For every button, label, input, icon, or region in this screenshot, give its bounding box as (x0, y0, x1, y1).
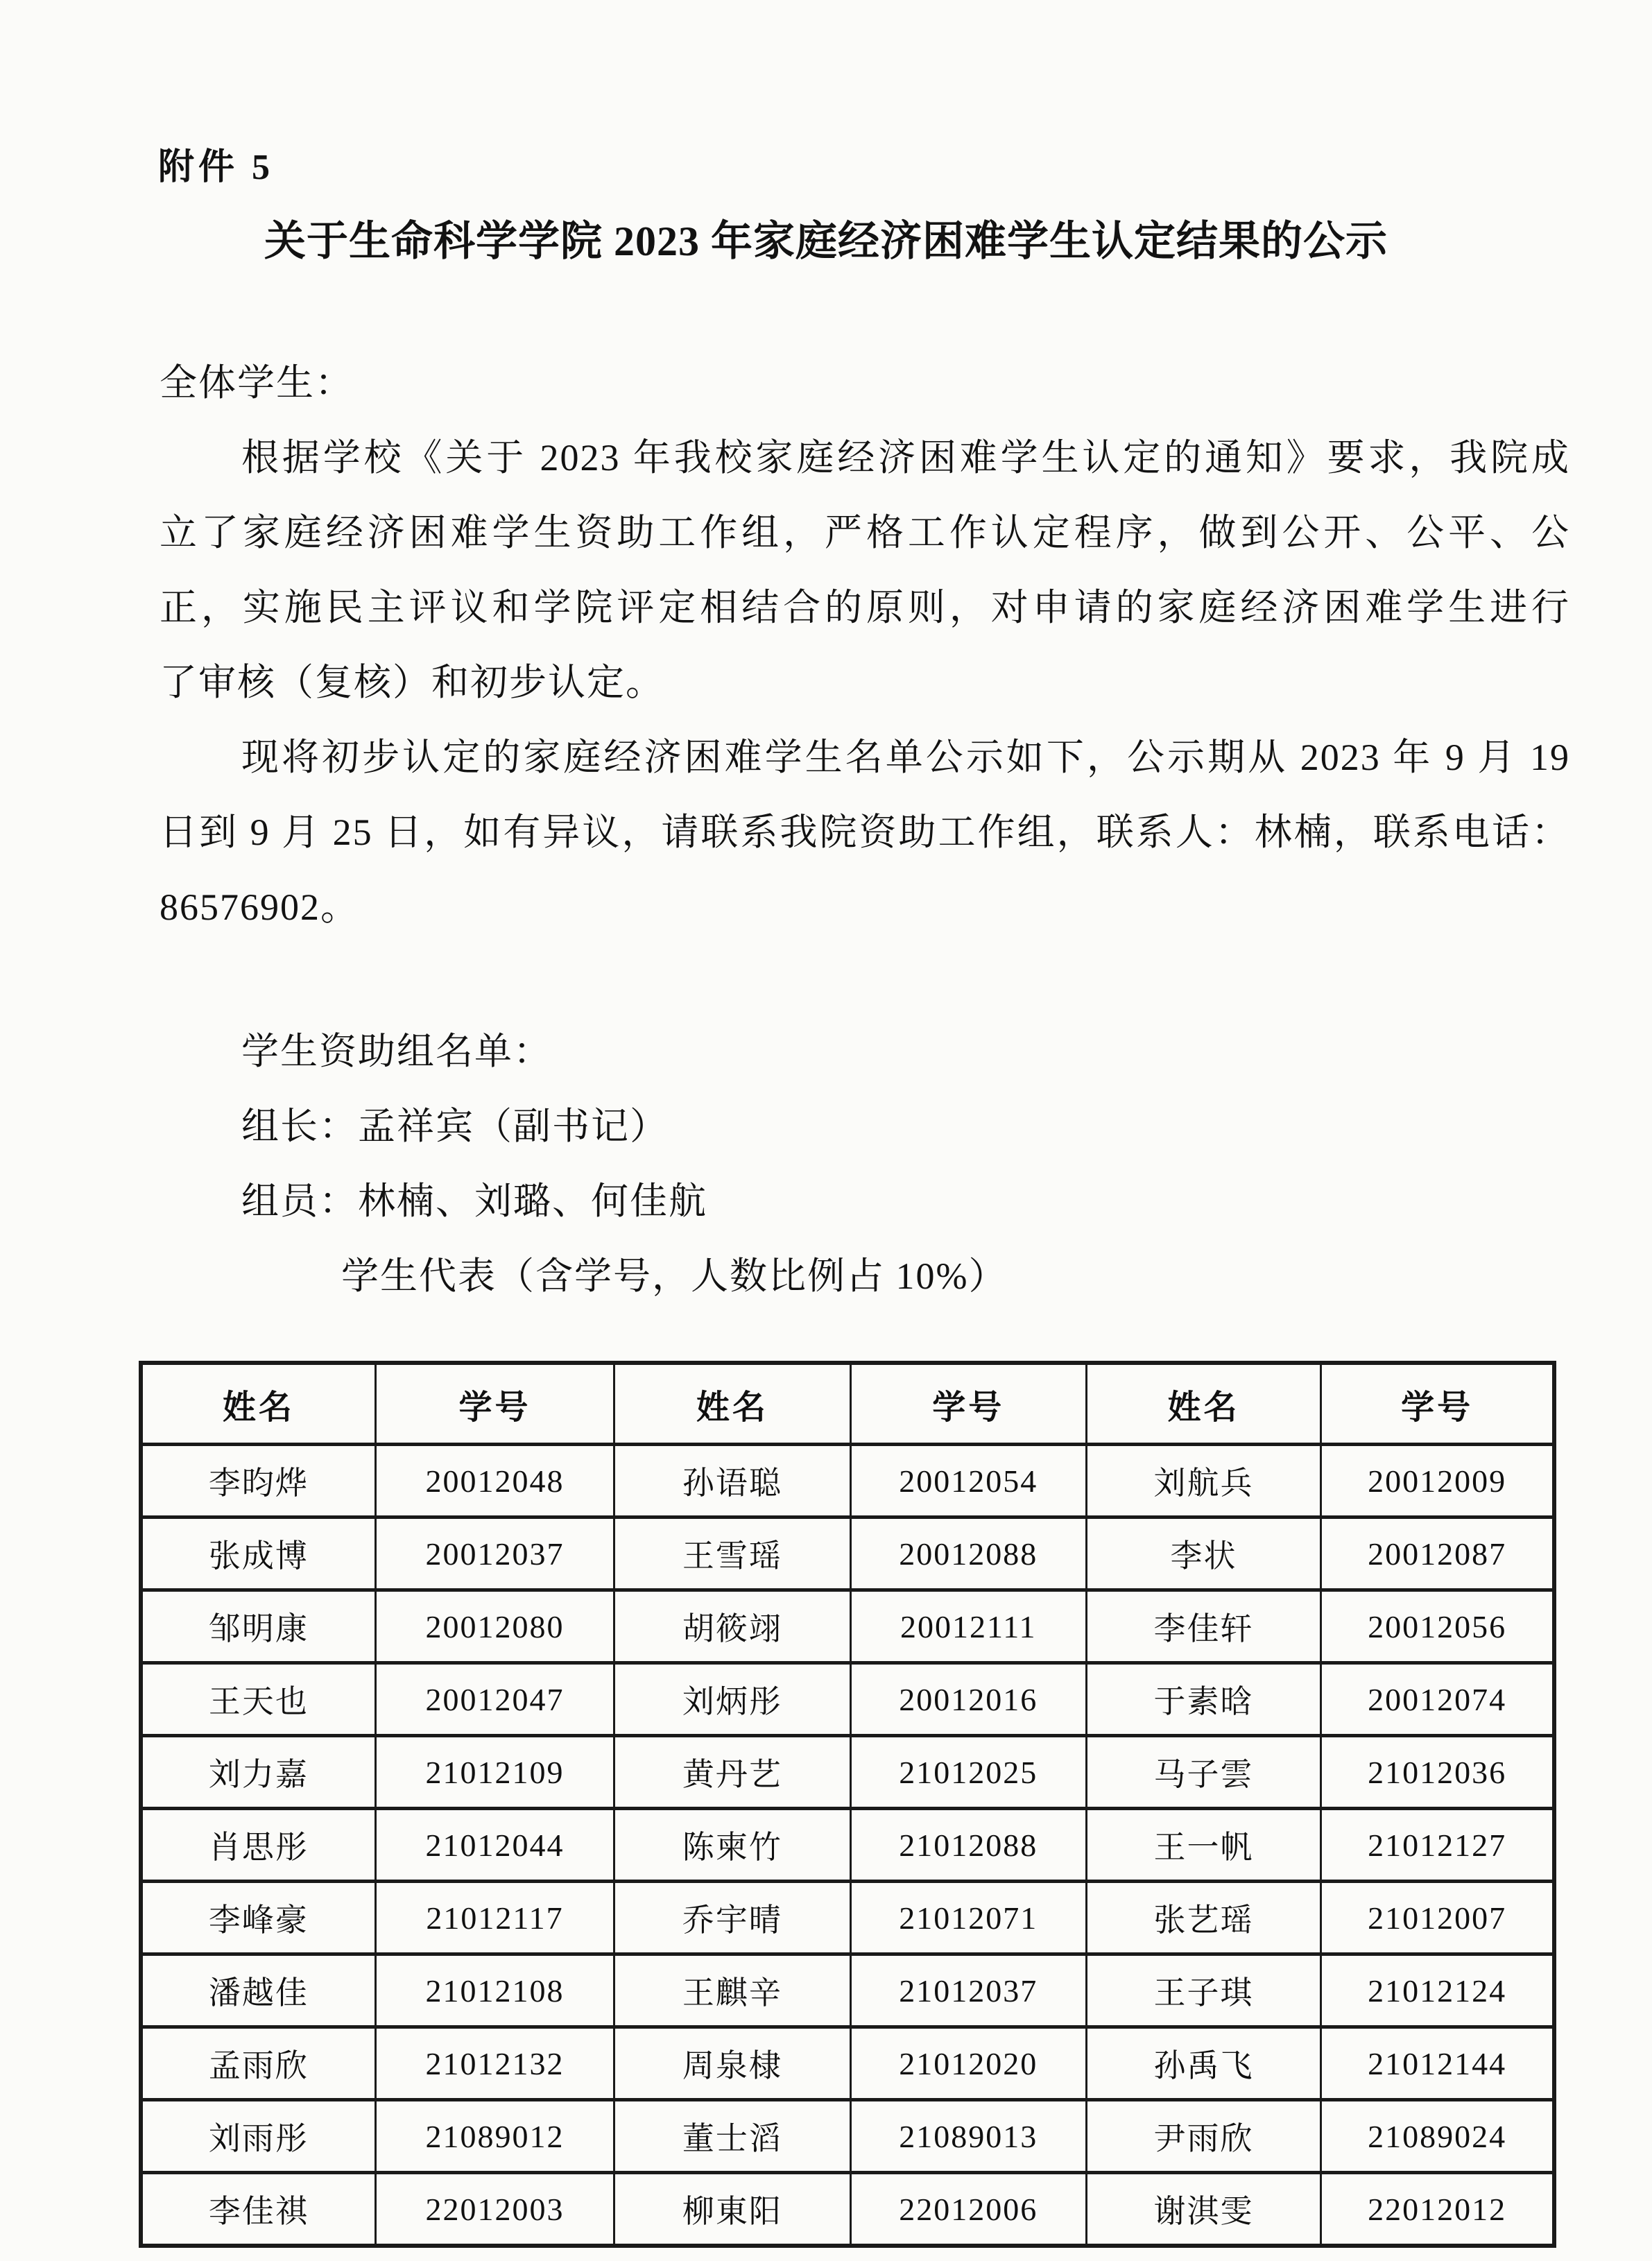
table-row: 李佳祺22012003柳東阳22012006谢淇雯22012012 (141, 2173, 1554, 2246)
student-name-cell: 尹雨欣 (1086, 2100, 1320, 2173)
student-name-cell: 李佳轩 (1086, 1590, 1320, 1663)
student-name-cell: 孙语聪 (614, 1445, 850, 1518)
student-id-cell: 21012124 (1321, 1954, 1554, 2027)
table-row: 肖思彤21012044陈柬竹21012088王一帆21012127 (141, 1809, 1554, 1882)
student-id-cell: 21012144 (1321, 2027, 1554, 2100)
paragraph2-line: 现将初步认定的家庭经济困难学生名单公示如下，公示期从 2023 年 9 月 19 (160, 720, 1570, 795)
student-name-cell: 乔宇晴 (614, 1882, 850, 1954)
student-id-cell: 20012048 (375, 1445, 614, 1518)
student-id-cell: 20012111 (850, 1590, 1086, 1663)
header-name-cell: 姓名 (614, 1363, 850, 1445)
student-name-cell: 孙禹飞 (1086, 2027, 1320, 2100)
student-name-cell: 陈柬竹 (614, 1809, 850, 1882)
student-name-cell: 周泉棣 (614, 2027, 850, 2100)
student-id-cell: 21012108 (375, 1954, 614, 2027)
student-id-cell: 21012117 (375, 1882, 614, 1954)
student-name-cell: 孟雨欣 (141, 2027, 375, 2100)
student-name-cell: 刘力嘉 (141, 1736, 375, 1809)
student-id-cell: 21012007 (1321, 1882, 1554, 1954)
table-row: 李昀烨20012048孙语聪20012054刘航兵20012009 (141, 1445, 1554, 1518)
header-name-cell: 姓名 (141, 1363, 375, 1445)
student-id-cell: 21012036 (1321, 1736, 1554, 1809)
paragraph1-line: 根据学校《关于 2023 年我校家庭经济困难学生认定的通知》要求，我院成 (160, 420, 1570, 495)
student-name-cell: 张艺瑶 (1086, 1882, 1320, 1954)
table-row: 潘越佳21012108王麒辛21012037王子琪21012124 (141, 1954, 1554, 2027)
paragraph2-line: 86576902。 (160, 870, 1570, 945)
table-row: 刘雨彤21089012董士滔21089013尹雨欣21089024 (141, 2100, 1554, 2173)
student-name-cell: 于素晗 (1086, 1663, 1320, 1736)
student-id-cell: 21089013 (850, 2100, 1086, 2173)
student-name-cell: 王雪瑶 (614, 1518, 850, 1590)
student-name-cell: 马子雲 (1086, 1736, 1320, 1809)
student-reps-heading: 学生代表（含学号，人数比例占 10%） (160, 1239, 1570, 1314)
table-header-row: 姓名 学号 姓名 学号 姓名 学号 (141, 1363, 1554, 1445)
student-name-cell: 黄丹艺 (614, 1736, 850, 1809)
student-name-cell: 王麒辛 (614, 1954, 850, 2027)
header-id-cell: 学号 (1321, 1363, 1554, 1445)
student-id-cell: 20012037 (375, 1518, 614, 1590)
salutation: 全体学生： (160, 345, 1570, 420)
student-id-cell: 20012016 (850, 1663, 1086, 1736)
header-id-cell: 学号 (375, 1363, 614, 1445)
table-row: 刘力嘉21012109黄丹艺21012025马子雲21012036 (141, 1736, 1554, 1809)
student-name-cell: 李状 (1086, 1518, 1320, 1590)
header-id-cell: 学号 (850, 1363, 1086, 1445)
table-row: 邹明康20012080胡筱翊20012111李佳轩20012056 (141, 1590, 1554, 1663)
student-name-cell: 张成博 (141, 1518, 375, 1590)
student-id-cell: 20012047 (375, 1663, 614, 1736)
student-id-cell: 20012087 (1321, 1518, 1554, 1590)
student-id-cell: 20012080 (375, 1590, 614, 1663)
student-id-cell: 21012127 (1321, 1809, 1554, 1882)
student-id-cell: 21012025 (850, 1736, 1086, 1809)
student-name-cell: 董士滔 (614, 2100, 850, 2173)
document-title: 关于生命科学学院 2023 年家庭经济困难学生认定结果的公示 (0, 208, 1652, 268)
student-representatives-table-wrap: 姓名 学号 姓名 学号 姓名 学号 李昀烨20012048孙语聪20012054… (139, 1361, 1556, 2248)
scanned-document-page: 附件 5 关于生命科学学院 2023 年家庭经济困难学生认定结果的公示 全体学生… (0, 0, 1652, 2261)
vertical-gap (160, 945, 1570, 1014)
table-row: 李峰豪21012117乔宇晴21012071张艺瑶21012007 (141, 1882, 1554, 1954)
student-id-cell: 21012132 (375, 2027, 614, 2100)
student-id-cell: 22012012 (1321, 2173, 1554, 2246)
student-id-cell: 20012056 (1321, 1590, 1554, 1663)
student-id-cell: 21012088 (850, 1809, 1086, 1882)
student-id-cell: 22012006 (850, 2173, 1086, 2246)
student-name-cell: 刘航兵 (1086, 1445, 1320, 1518)
table-row: 王天也20012047刘炳彤20012016于素晗20012074 (141, 1663, 1554, 1736)
paragraph1-line: 了审核（复核）和初步认定。 (160, 645, 1570, 720)
group-leader-line: 组长：孟祥宾（副书记） (160, 1089, 1570, 1164)
student-id-cell: 21012044 (375, 1809, 614, 1882)
student-name-cell: 李佳祺 (141, 2173, 375, 2246)
table-body: 李昀烨20012048孙语聪20012054刘航兵20012009张成博2001… (141, 1445, 1554, 2246)
student-representatives-table: 姓名 学号 姓名 学号 姓名 学号 李昀烨20012048孙语聪20012054… (139, 1361, 1556, 2248)
attachment-label: 附件 5 (158, 137, 274, 189)
student-name-cell: 谢淇雯 (1086, 2173, 1320, 2246)
student-id-cell: 21012109 (375, 1736, 614, 1809)
student-name-cell: 王天也 (141, 1663, 375, 1736)
header-name-cell: 姓名 (1086, 1363, 1320, 1445)
table-row: 张成博20012037王雪瑶20012088李状20012087 (141, 1518, 1554, 1590)
student-name-cell: 肖思彤 (141, 1809, 375, 1882)
student-name-cell: 王一帆 (1086, 1809, 1320, 1882)
student-name-cell: 李昀烨 (141, 1445, 375, 1518)
student-id-cell: 22012003 (375, 2173, 614, 2246)
student-id-cell: 21012037 (850, 1954, 1086, 2027)
group-list-heading: 学生资助组名单： (160, 1014, 1570, 1089)
student-name-cell: 刘雨彤 (141, 2100, 375, 2173)
paragraph1-line: 正，实施民主评议和学院评定相结合的原则，对申请的家庭经济困难学生进行 (160, 570, 1570, 645)
paragraph2-line: 日到 9 月 25 日，如有异议，请联系我院资助工作组，联系人：林楠，联系电话： (160, 795, 1570, 870)
student-name-cell: 胡筱翊 (614, 1590, 850, 1663)
student-name-cell: 刘炳彤 (614, 1663, 850, 1736)
group-members-line: 组员：林楠、刘璐、何佳航 (160, 1164, 1570, 1239)
student-id-cell: 20012088 (850, 1518, 1086, 1590)
student-id-cell: 21089024 (1321, 2100, 1554, 2173)
student-id-cell: 21089012 (375, 2100, 614, 2173)
student-id-cell: 20012074 (1321, 1663, 1554, 1736)
student-name-cell: 潘越佳 (141, 1954, 375, 2027)
student-id-cell: 21012020 (850, 2027, 1086, 2100)
student-name-cell: 邹明康 (141, 1590, 375, 1663)
student-id-cell: 20012054 (850, 1445, 1086, 1518)
paragraph1-line: 立了家庭经济困难学生资助工作组，严格工作认定程序，做到公开、公平、公 (160, 495, 1570, 570)
student-id-cell: 21012071 (850, 1882, 1086, 1954)
document-body: 全体学生： 根据学校《关于 2023 年我校家庭经济困难学生认定的通知》要求，我… (160, 345, 1570, 1314)
student-name-cell: 柳東阳 (614, 2173, 850, 2246)
student-id-cell: 20012009 (1321, 1445, 1554, 1518)
student-name-cell: 王子琪 (1086, 1954, 1320, 2027)
student-name-cell: 李峰豪 (141, 1882, 375, 1954)
table-row: 孟雨欣21012132周泉棣21012020孙禹飞21012144 (141, 2027, 1554, 2100)
